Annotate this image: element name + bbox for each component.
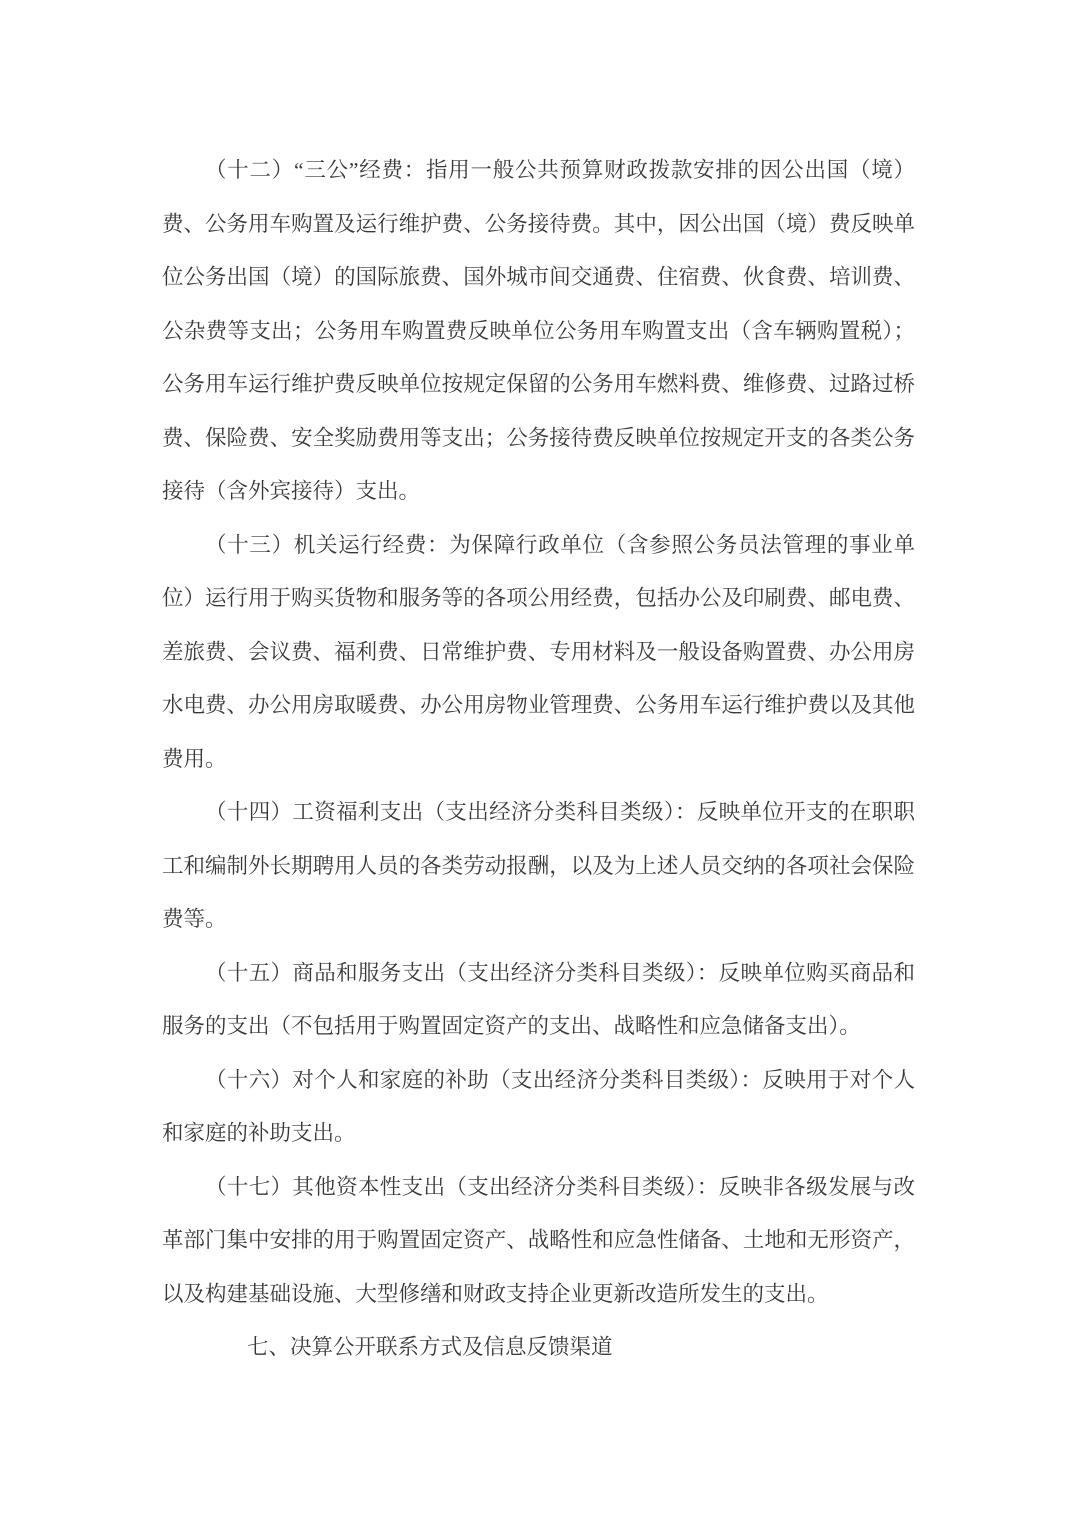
document-body: （十二）“三公”经费：指用一般公共预算财政拨款安排的因公出国（境）费、公务用车购… [162,144,915,1375]
para-12-sangong-funds: （十二）“三公”经费：指用一般公共预算财政拨款安排的因公出国（境）费、公务用车购… [162,144,915,519]
para-16-individual-family-subsidies: （十六）对个人和家庭的补助（支出经济分类科目类级）：反映用于对个人和家庭的补助支… [162,1054,915,1161]
heading-7-contact-and-feedback-channels: 七、决算公开联系方式及信息反馈渠道 [162,1321,915,1375]
document-page: （十二）“三公”经费：指用一般公共预算财政拨款安排的因公出国（境）费、公务用车购… [0,0,1074,1520]
para-14-wage-welfare-expenditure: （十四）工资福利支出（支出经济分类科目类级）：反映单位开支的在职职工和编制外长期… [162,786,915,947]
para-15-goods-services-expenditure: （十五）商品和服务支出（支出经济分类科目类级）：反映单位购买商品和服务的支出（不… [162,947,915,1054]
para-17-other-capital-expenditure: （十七）其他资本性支出（支出经济分类科目类级）：反映非各级发展与改革部门集中安排… [162,1161,915,1322]
para-13-agency-operating-funds: （十三）机关运行经费：为保障行政单位（含参照公务员法管理的事业单位）运行用于购买… [162,519,915,787]
